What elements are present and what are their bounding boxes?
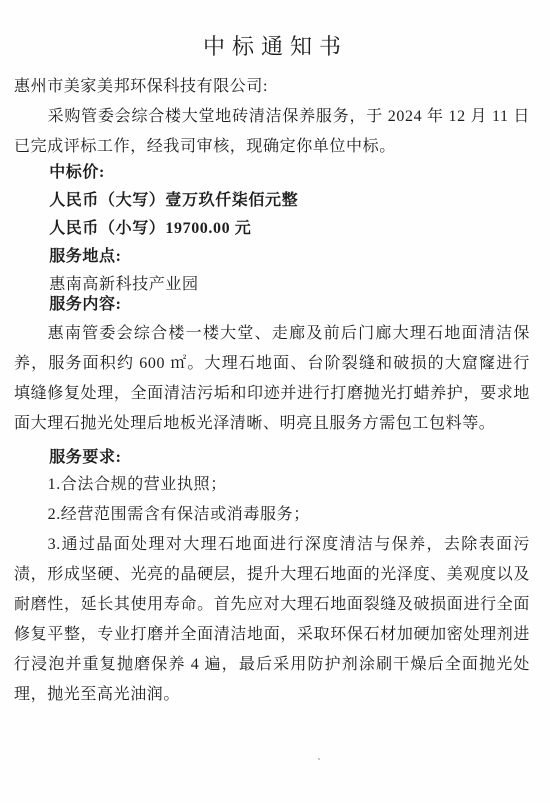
intro-paragraph: 采购管委会综合楼大堂地砖清洁保养服务，于 2024 年 12 月 11 日已完成… <box>14 102 530 162</box>
service-location-label: 服务地点: <box>14 243 530 271</box>
award-details-section: 中标价: 人民币（大写）壹万玖仟柒佰元整 人民币（小写）19700.00 元 服… <box>14 159 530 319</box>
document-title: 中标通知书 <box>14 34 530 60</box>
service-content-paragraph: 惠南管委会综合楼一楼大堂、走廊及前后门廊大理石地面清洁保养，服务面积约 600 … <box>14 319 530 439</box>
requirement-item-2: 2.经营范围需含有保洁或消毒服务； <box>14 500 530 530</box>
award-price-label: 中标价: <box>14 159 530 187</box>
price-in-figures: 人民币（小写）19700.00 元 <box>14 215 530 243</box>
document-content: 中标通知书 惠州市美家美邦环保科技有限公司: 采购管委会综合楼大堂地砖清洁保养服… <box>0 34 550 710</box>
scanned-document-page: 中标通知书 惠州市美家美邦环保科技有限公司: 采购管委会综合楼大堂地砖清洁保养服… <box>0 0 550 803</box>
service-requirements-label: 服务要求: <box>14 446 530 470</box>
scan-speck <box>318 758 320 760</box>
requirement-item-1: 1.合法合规的营业执照； <box>14 470 530 500</box>
price-in-words: 人民币（大写）壹万玖仟柒佰元整 <box>14 187 530 215</box>
service-content-label: 服务内容: <box>14 291 530 319</box>
requirement-item-3: 3.通过晶面处理对大理石地面进行深度清洁与保养，去除表面污渍，形成坚硬、光亮的晶… <box>14 530 530 710</box>
recipient-line: 惠州市美家美邦环保科技有限公司: <box>14 72 530 102</box>
